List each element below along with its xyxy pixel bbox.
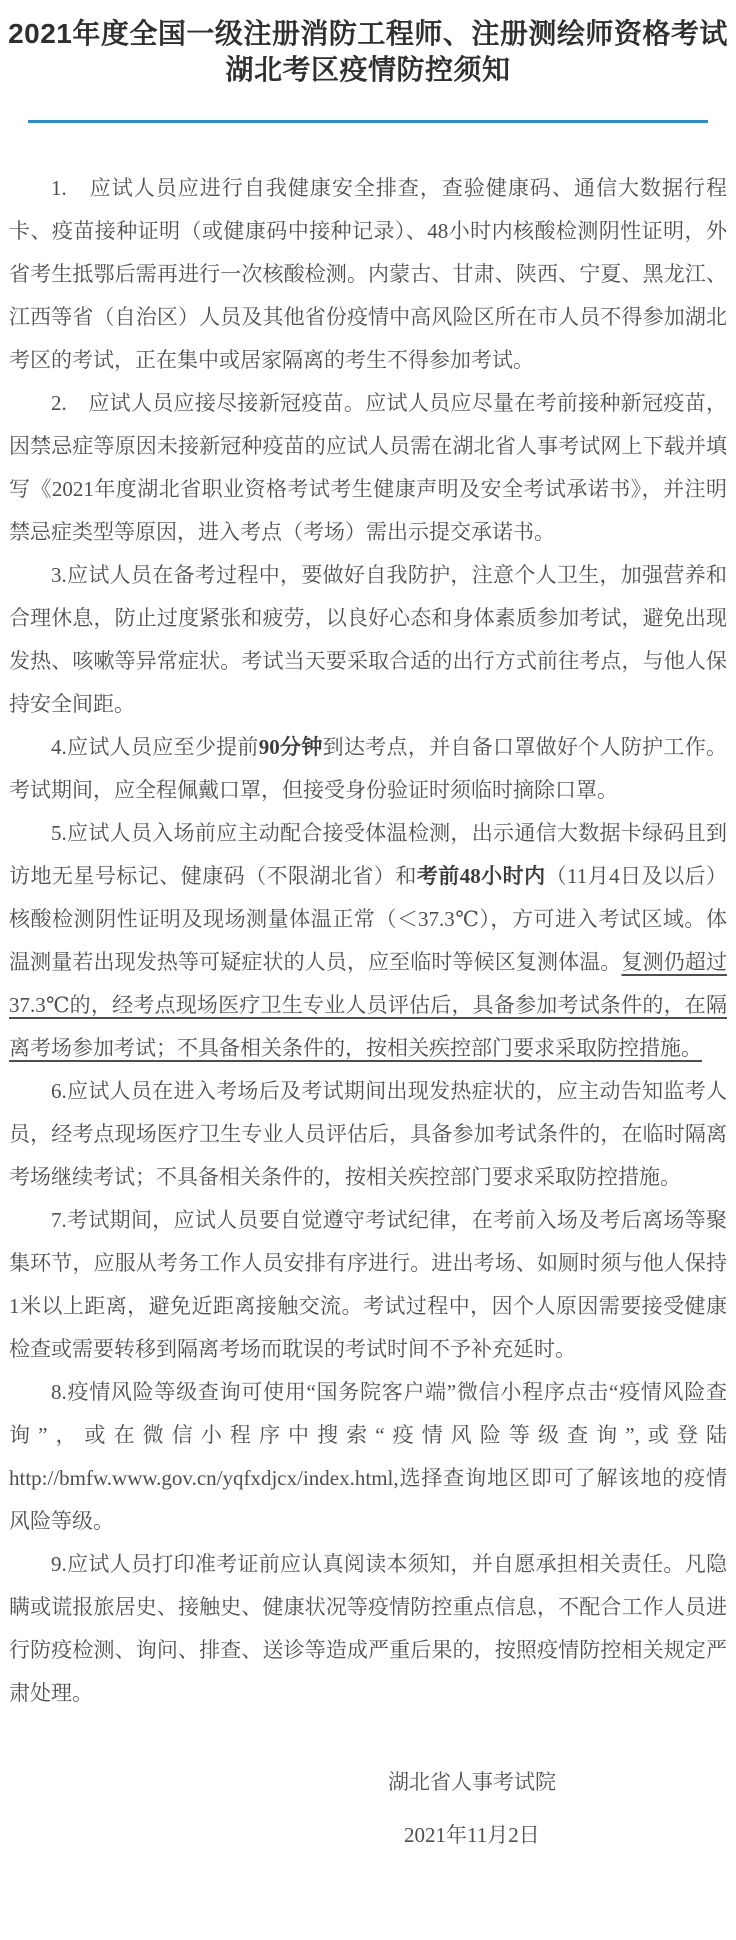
notice-paragraph: 8.疫情风险等级查询可使用“国务院客户端”微信小程序点击“疫情风险查询”，或在微…: [9, 1371, 727, 1543]
notice-paragraph: 6.应试人员在进入考场后及考试期间出现发热症状的，应主动告知监考人员，经考点现场…: [9, 1070, 727, 1199]
text-segment: 3.应试人员在备考过程中，要做好自我防护，注意个人卫生，加强营养和合理休息，防止…: [9, 563, 727, 716]
signature-date: 2021年11月2日: [0, 1814, 736, 1857]
text-segment: 1. 应试人员应进行自我健康安全排查，查验健康码、通信大数据行程卡、疫苗接种证明…: [9, 176, 727, 372]
bold-text: 90分钟: [259, 735, 323, 759]
notice-paragraph: 9.应试人员打印准考证前应认真阅读本须知，并自愿承担相关责任。凡隐瞒或谎报旅居史…: [9, 1543, 727, 1715]
text-segment: 9.应试人员打印准考证前应认真阅读本须知，并自愿承担相关责任。凡隐瞒或谎报旅居史…: [9, 1552, 727, 1705]
notice-page: 2021年度全国一级注册消防工程师、注册测绘师资格考试湖北考区疫情防控须知 1.…: [0, 0, 736, 1940]
title-divider: [28, 120, 708, 123]
notice-paragraph: 1. 应试人员应进行自我健康安全排查，查验健康码、通信大数据行程卡、疫苗接种证明…: [9, 167, 727, 382]
notice-paragraph: 5.应试人员入场前应主动配合接受体温检测，出示通信大数据卡绿码且到访地无星号标记…: [9, 812, 727, 1070]
page-title: 2021年度全国一级注册消防工程师、注册测绘师资格考试湖北考区疫情防控须知: [8, 16, 728, 88]
bold-text: 考前48小时内: [417, 864, 546, 888]
notice-paragraph: 7.考试期间，应试人员要自觉遵守考试纪律，在考前入场及考后离场等聚集环节，应服从…: [9, 1199, 727, 1371]
signature-issuer: 湖北省人事考试院: [0, 1761, 736, 1804]
text-segment: 2. 应试人员应接尽接新冠疫苗。应试人员应尽量在考前接种新冠疫苗，因禁忌症等原因…: [9, 391, 727, 544]
text-segment: 8.疫情风险等级查询可使用“国务院客户端”微信小程序点击“疫情风险查询”，或在微…: [9, 1380, 727, 1533]
text-segment: 6.应试人员在进入考场后及考试期间出现发热症状的，应主动告知监考人员，经考点现场…: [9, 1079, 727, 1189]
text-segment: 4.应试人员应至少提前: [51, 735, 259, 759]
notice-paragraph: 4.应试人员应至少提前90分钟到达考点，并自备口罩做好个人防护工作。考试期间，应…: [9, 726, 727, 812]
notice-paragraph: 2. 应试人员应接尽接新冠疫苗。应试人员应尽量在考前接种新冠疫苗，因禁忌症等原因…: [9, 382, 727, 554]
text-segment: 7.考试期间，应试人员要自觉遵守考试纪律，在考前入场及考后离场等聚集环节，应服从…: [9, 1208, 727, 1361]
notice-paragraph: 3.应试人员在备考过程中，要做好自我防护，注意个人卫生，加强营养和合理休息，防止…: [9, 554, 727, 726]
notice-body: 1. 应试人员应进行自我健康安全排查，查验健康码、通信大数据行程卡、疫苗接种证明…: [9, 167, 727, 1715]
